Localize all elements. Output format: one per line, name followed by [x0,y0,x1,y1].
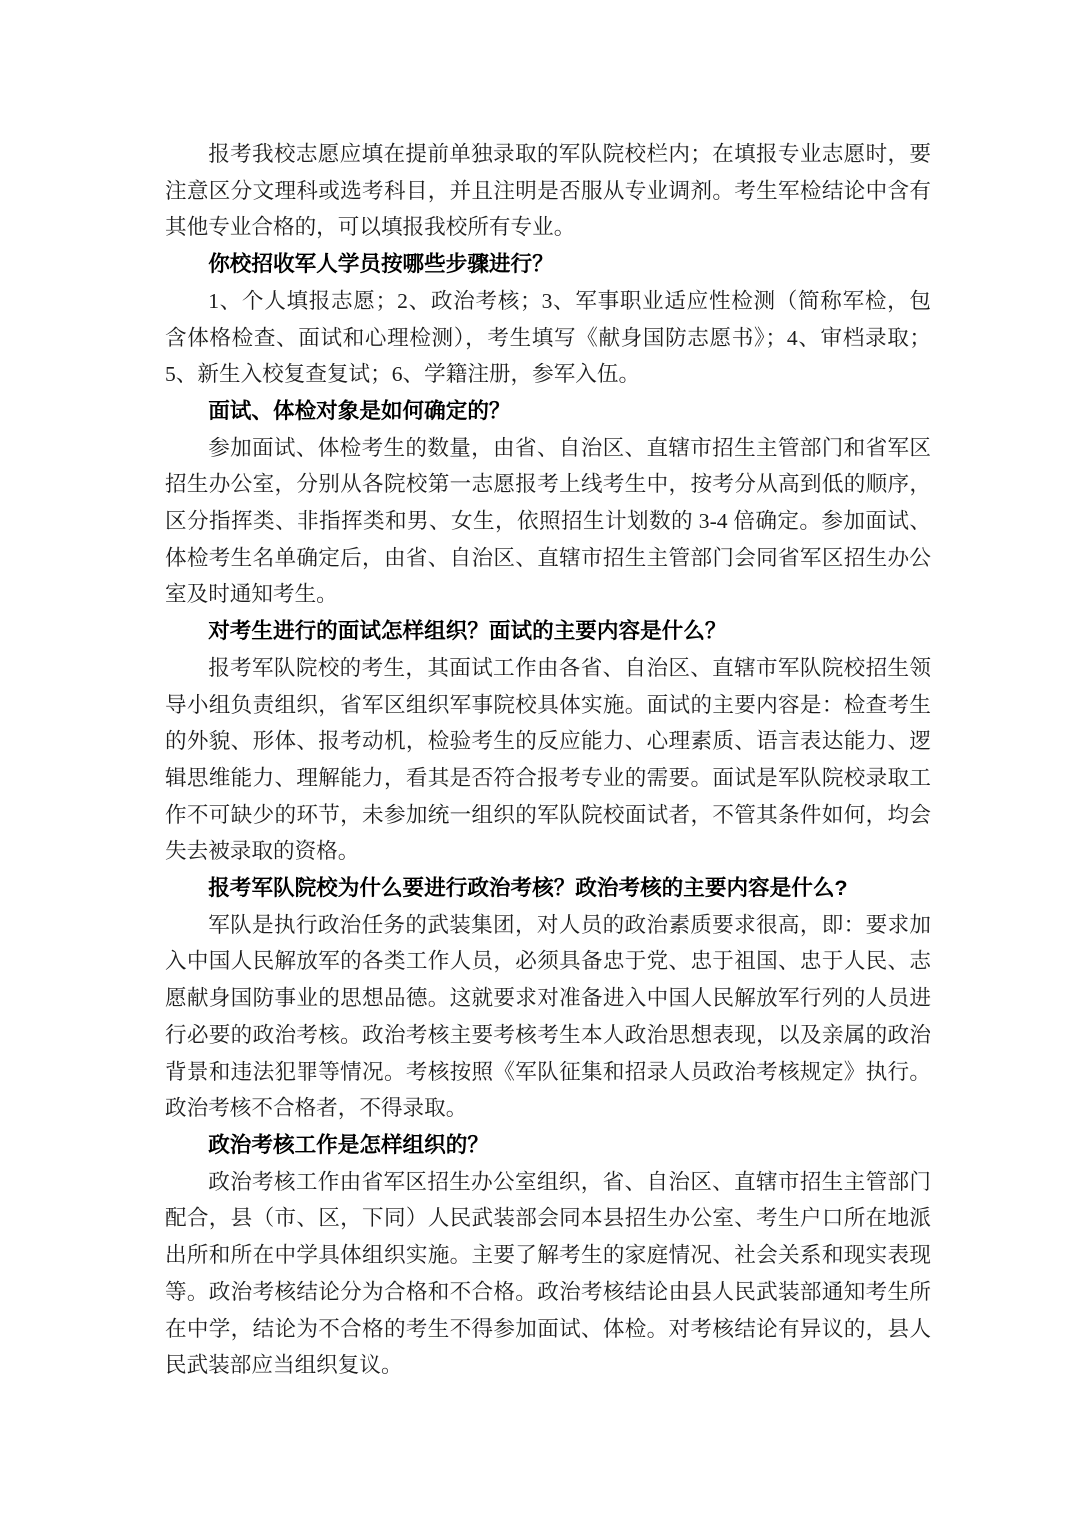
document-page: 报考我校志愿应填在提前单独录取的军队院校栏内；在填报专业志愿时，要注意区分文理科… [0,0,1080,1527]
question-heading-interview-organization: 对考生进行的面试怎样组织？面试的主要内容是什么？ [165,613,931,650]
paragraph-admission-preference: 报考我校志愿应填在提前单独录取的军队院校栏内；在填报专业志愿时，要注意区分文理科… [165,136,931,246]
paragraph-interview-physical-selection: 参加面试、体检考生的数量，由省、自治区、直辖市招生主管部门和省军区招生办公室，分… [165,430,931,614]
question-heading-interview-physical-selection: 面试、体检对象是如何确定的？ [165,393,931,430]
text-column: 报考我校志愿应填在提前单独录取的军队院校栏内；在填报专业志愿时，要注意区分文理科… [165,136,931,1384]
question-heading-political-review-why: 报考军队院校为什么要进行政治考核？政治考核的主要内容是什么? [165,870,931,907]
paragraph-interview-organization: 报考军队院校的考生，其面试工作由各省、自治区、直辖市军队院校招生领导小组负责组织… [165,650,931,870]
question-heading-enrollment-steps: 你校招收军人学员按哪些步骤进行？ [165,246,931,283]
paragraph-political-review-organization: 政治考核工作由省军区招生办公室组织，省、自治区、直辖市招生主管部门配合，县（市、… [165,1164,931,1384]
paragraph-political-review-why: 军队是执行政治任务的武装集团，对人员的政治素质要求很高，即：要求加入中国人民解放… [165,907,931,1127]
question-heading-political-review-organization: 政治考核工作是怎样组织的？ [165,1127,931,1164]
paragraph-enrollment-steps: 1、个人填报志愿；2、政治考核；3、军事职业适应性检测（简称军检，包含体格检查、… [165,283,931,393]
